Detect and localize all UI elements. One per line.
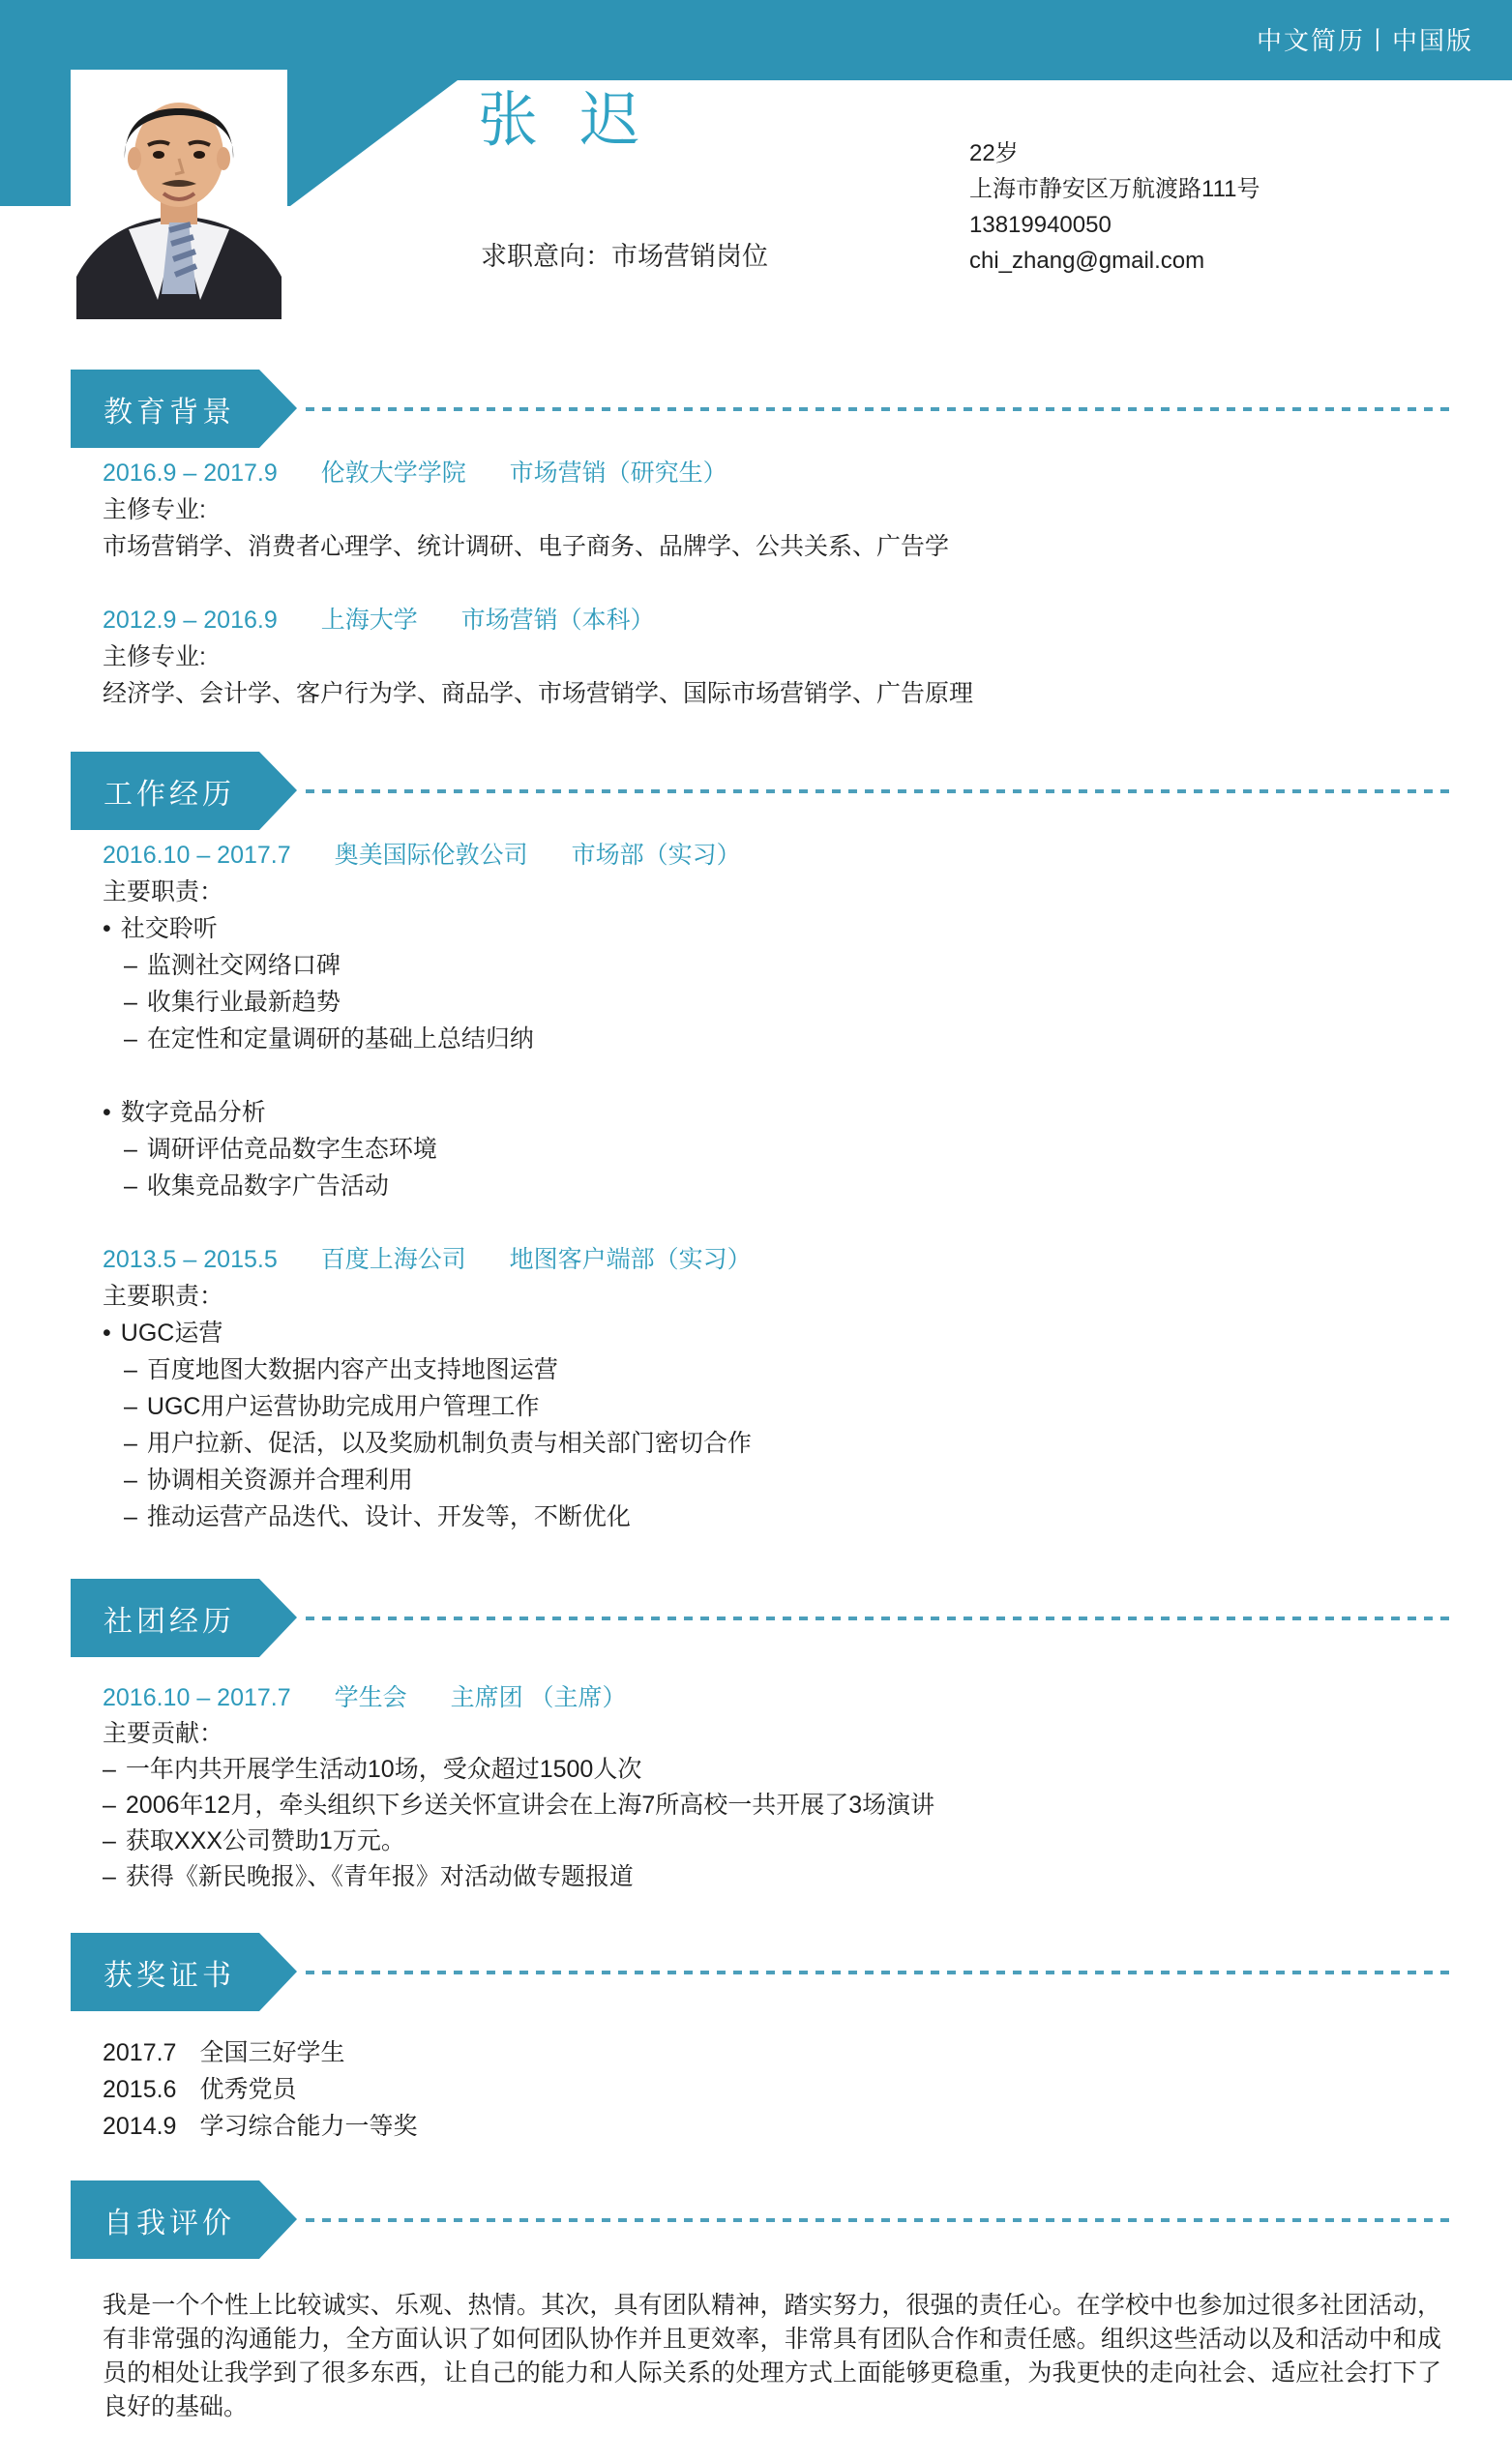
award-row: 2014.9学习综合能力一等奖 (103, 2108, 417, 2145)
dash-marker: – (103, 1788, 116, 1824)
duty-label: 主要职责： (103, 1278, 752, 1315)
full-name: 张 迟 (478, 72, 639, 158)
resume-page: 中文简历丨中国版 张 迟 求职意向：市场营销岗位 22岁 上海市静安区万航渡路1 (0, 0, 1512, 2462)
work-position: 市场部（实习） (572, 842, 741, 869)
major-label: 主修专业: (103, 638, 973, 675)
contact-block: 22岁 上海市静安区万航渡路111号 13819940050 chi_zhang… (969, 135, 1260, 279)
sub-item: –百度地图大数据内容产出支持地图运营 (103, 1351, 752, 1388)
awards-content: 2017.7全国三好学生 2015.6优秀党员 2014.9学习综合能力一等奖 (103, 2034, 417, 2145)
contact-email: chi_zhang@gmail.com (969, 243, 1260, 279)
work-entry-heading: 2016.10 – 2017.7 奥美国际伦敦公司 市场部（实习） (103, 837, 752, 874)
sub-item: –在定性和定量调研的基础上总结归纳 (103, 1021, 752, 1057)
sub-item: –收集行业最新趋势 (103, 984, 752, 1021)
dash-marker: – (124, 1425, 137, 1462)
bullet-item: •数字竞品分析 (103, 1094, 752, 1131)
work-date: 2013.5 – 2015.5 (103, 1246, 278, 1273)
dash-marker: – (124, 1131, 137, 1168)
sub-item: –获取XXX公司赞助1万元。 (103, 1824, 934, 1859)
sub-item: –收集竞品数字广告活动 (103, 1168, 752, 1204)
dash-marker: – (124, 1021, 137, 1057)
version-banner: 中文简历丨中国版 (1257, 21, 1473, 57)
work-date: 2016.10 – 2017.7 (103, 842, 291, 869)
work-content: 2016.10 – 2017.7 奥美国际伦敦公司 市场部（实习） 主要职责： … (103, 837, 752, 1535)
club-entry-heading: 2016.10 – 2017.7 学生会 主席团 （主席） (103, 1680, 934, 1716)
self-evaluation-dashed-line (306, 2218, 1451, 2222)
education-school: 上海大学 (321, 607, 418, 634)
work-dashed-line (306, 789, 1451, 793)
dash-marker: – (103, 1752, 116, 1788)
sub-item: –2006年12月，牵头组织下乡送关怀宣讲会在上海7所高校一共开展了3场演讲 (103, 1788, 934, 1824)
section-title-club: 社团经历 (71, 1579, 297, 1657)
dash-marker: – (124, 1388, 137, 1425)
education-entry-heading: 2012.9 – 2016.9 上海大学 市场营销（本科） (103, 602, 973, 638)
major-label: 主修专业: (103, 491, 973, 528)
club-date: 2016.10 – 2017.7 (103, 1684, 291, 1711)
award-date: 2017.7 (103, 2034, 176, 2071)
bullet-item: •社交聆听 (103, 910, 752, 947)
portrait-photo (71, 70, 287, 319)
award-row: 2015.6优秀党员 (103, 2071, 417, 2108)
dash-marker: – (124, 984, 137, 1021)
contact-age: 22岁 (969, 135, 1260, 171)
sub-item: –用户拉新、促活，以及奖励机制负责与相关部门密切合作 (103, 1425, 752, 1462)
award-name: 全国三好学生 (199, 2039, 344, 2066)
contact-address: 上海市静安区万航渡路111号 (969, 171, 1260, 207)
bullet-marker: • (103, 1315, 111, 1351)
education-program: 市场营销（研究生） (510, 460, 727, 487)
dash-marker: – (124, 947, 137, 984)
section-title-work: 工作经历 (71, 752, 297, 830)
bullet-marker: • (103, 910, 111, 947)
contact-phone: 13819940050 (969, 207, 1260, 243)
award-name: 学习综合能力一等奖 (199, 2113, 417, 2140)
sub-item: –获得《新民晚报》、《青年报》对活动做专题报道 (103, 1859, 934, 1895)
sub-item: –一年内共开展学生活动10场，受众超过1500人次 (103, 1752, 934, 1788)
duty-label: 主要职责： (103, 874, 752, 910)
sub-item: –推动运营产品迭代、设计、开发等，不断优化 (103, 1498, 752, 1535)
dash-marker: – (124, 1462, 137, 1498)
section-title-self-evaluation: 自我评价 (71, 2180, 297, 2259)
job-objective: 求职意向：市场营销岗位 (481, 235, 768, 273)
award-date: 2014.9 (103, 2108, 176, 2145)
education-dashed-line (306, 407, 1451, 411)
award-date: 2015.6 (103, 2071, 176, 2108)
education-content: 2016.9 – 2017.9 伦敦大学学院 市场营销（研究生） 主修专业: 市… (103, 455, 973, 712)
sub-item: –协调相关资源并合理利用 (103, 1462, 752, 1498)
course-list: 市场营销学、消费者心理学、统计调研、电子商务、品牌学、公共关系、广告学 (103, 528, 973, 565)
work-entry-heading: 2013.5 – 2015.5 百度上海公司 地图客户端部（实习） (103, 1241, 752, 1278)
education-school: 伦敦大学学院 (321, 460, 466, 487)
club-org: 学生会 (335, 1684, 407, 1711)
education-program: 市场营销（本科） (461, 607, 655, 634)
education-date: 2016.9 – 2017.9 (103, 460, 278, 487)
work-position: 地图客户端部（实习） (510, 1246, 752, 1273)
work-company: 奥美国际伦敦公司 (335, 842, 528, 869)
dash-marker: – (124, 1168, 137, 1204)
club-content: 2016.10 – 2017.7 学生会 主席团 （主席） 主要贡献： –一年内… (103, 1680, 934, 1895)
contribution-label: 主要贡献： (103, 1716, 934, 1752)
dash-marker: – (103, 1859, 116, 1895)
bullet-item: •UGC运营 (103, 1315, 752, 1351)
award-name: 优秀党员 (199, 2076, 296, 2103)
education-entry-heading: 2016.9 – 2017.9 伦敦大学学院 市场营销（研究生） (103, 455, 973, 491)
dash-marker: – (124, 1351, 137, 1388)
section-title-awards: 获奖证书 (71, 1933, 297, 2011)
course-list: 经济学、会计学、客户行为学、商品学、市场营销学、国际市场营销学、广告原理 (103, 675, 973, 712)
education-date: 2012.9 – 2016.9 (103, 607, 278, 634)
awards-dashed-line (306, 1971, 1451, 1974)
club-role: 主席团 （主席） (451, 1684, 627, 1711)
portrait-illustration (71, 70, 287, 319)
work-company: 百度上海公司 (321, 1246, 466, 1273)
award-row: 2017.7全国三好学生 (103, 2034, 417, 2071)
bullet-marker: • (103, 1094, 111, 1131)
dash-marker: – (103, 1824, 116, 1859)
self-evaluation-text: 我是一个个性上比较诚实、乐观、热情。其次，具有团队精神，踏实努力，很强的责任心。… (103, 2289, 1441, 2424)
sub-item: –监测社交网络口碑 (103, 947, 752, 984)
sub-item: –UGC用户运营协助完成用户管理工作 (103, 1388, 752, 1425)
dash-marker: – (124, 1498, 137, 1535)
section-title-education: 教育背景 (71, 370, 297, 448)
sub-item: –调研评估竞品数字生态环境 (103, 1131, 752, 1168)
club-dashed-line (306, 1617, 1451, 1620)
